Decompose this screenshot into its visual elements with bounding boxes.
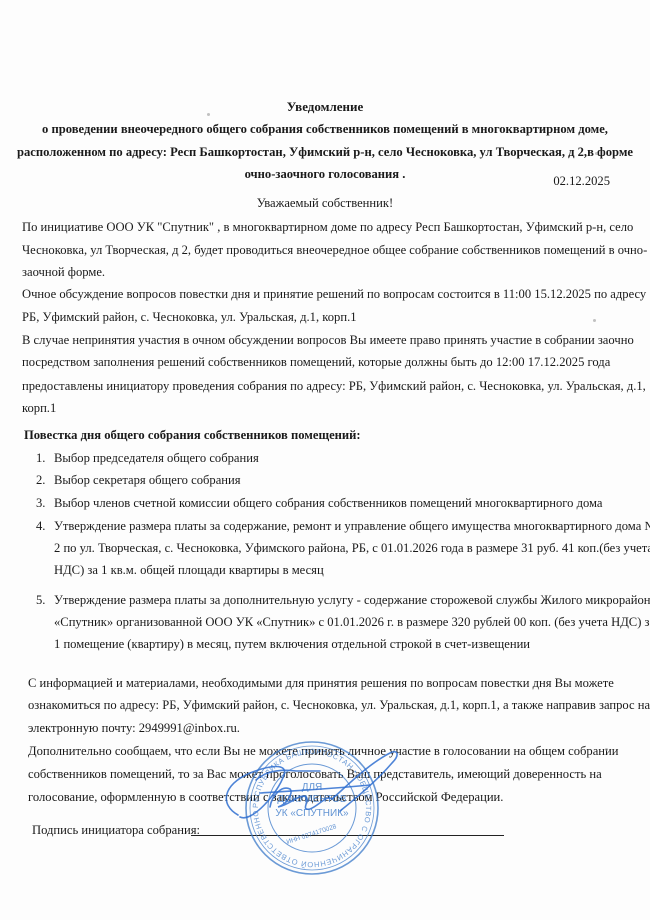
intro-line-4: Очное обсуждение вопросов повестки дня и… <box>22 286 646 302</box>
agenda-item-5-number: 5. <box>36 592 45 608</box>
scan-speck <box>593 319 596 322</box>
subtitle-line-2: расположенном по адресу: Респ Башкортост… <box>0 144 650 160</box>
agenda-item-2: Выбор секретаря общего собрания <box>54 472 241 488</box>
intro-line-9: корп.1 <box>22 400 56 416</box>
agenda-item-5-line-1: Утверждение размера платы за дополнитель… <box>54 592 650 608</box>
handwritten-signature-icon <box>200 745 430 835</box>
agenda-item-3: Выбор членов счетной комиссии общего соб… <box>54 495 603 511</box>
agenda-item-4-line-2: 2 по ул. Творческая, с. Чесноковка, Уфим… <box>54 540 650 556</box>
scan-speck <box>605 748 608 751</box>
intro-line-5: РБ, Уфимский район, с. Чесноковка, ул. У… <box>22 309 357 325</box>
agenda-item-4-line-3: НДС) за 1 кв.м. общей площади квартиры в… <box>54 562 324 578</box>
intro-line-7: посредством заполнения решений собственн… <box>22 354 610 370</box>
document-title: Уведомление <box>0 99 650 115</box>
agenda-item-3-number: 3. <box>36 495 45 511</box>
info-line-3: электронную почту: 2949991@inbox.ru. <box>28 720 240 736</box>
intro-line-1: По инициативе ООО УК "Спутник" , в много… <box>22 219 633 235</box>
agenda-item-4-line-1: Утверждение размера платы за содержание,… <box>54 518 650 534</box>
agenda-heading: Повестка дня общего собрания собственник… <box>24 427 361 443</box>
scan-speck <box>595 152 598 155</box>
info-line-1: С информацией и материалами, необходимым… <box>28 675 614 691</box>
agenda-item-2-number: 2. <box>36 472 45 488</box>
info-line-2: ознакомиться по адресу: РБ, Уфимский рай… <box>28 697 650 713</box>
intro-line-8: предоставлены инициатору проведения собр… <box>22 378 646 394</box>
agenda-item-1: Выбор председателя общего собрания <box>54 450 259 466</box>
greeting: Уважаемый собственник! <box>0 195 650 211</box>
signature-label: Подпись инициатора собрания: <box>32 822 200 838</box>
intro-line-6: В случае непринятия участия в очном обсу… <box>22 332 634 348</box>
document-page: Уведомление о проведении внеочередного о… <box>0 0 650 920</box>
subtitle-line-1: о проведении внеочередного общего собран… <box>0 121 650 137</box>
agenda-item-1-number: 1. <box>36 450 45 466</box>
intro-line-2: Чесноковка, ул Творческая, д 2, будет пр… <box>22 242 647 258</box>
scan-speck <box>207 113 210 116</box>
scan-speck <box>218 705 221 708</box>
agenda-item-5-line-2: «Спутник» организованной ООО УК «Спутник… <box>54 614 650 630</box>
agenda-item-4-number: 4. <box>36 518 45 534</box>
agenda-item-5-line-3: 1 помещение (квартиру) в месяц, путем вк… <box>54 636 530 652</box>
intro-line-3: заочной форме. <box>22 264 105 280</box>
document-date: 02.12.2025 <box>553 173 610 189</box>
